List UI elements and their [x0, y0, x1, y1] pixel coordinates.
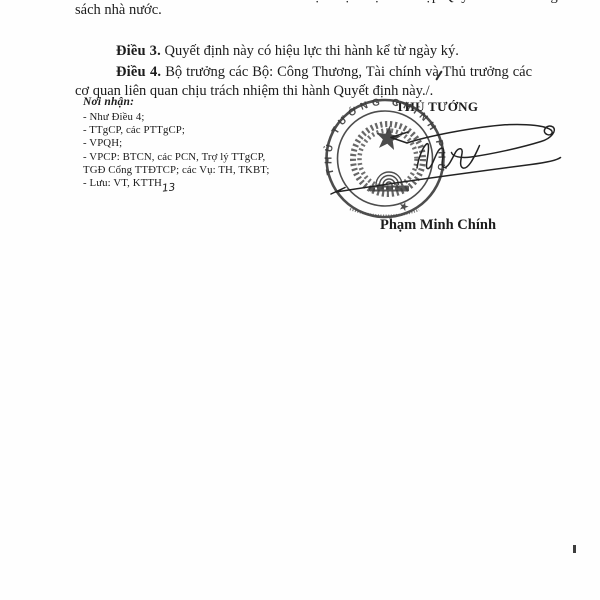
article-3-label: Điều 3. [116, 43, 161, 59]
recipient-item: - TTgCP, các PTTgCP; [83, 124, 333, 137]
recipients-block: Nơi nhận: - Như Điều 4; - TTgCP, các PTT… [83, 96, 333, 190]
recipient-item: - Như Điều 4; [83, 111, 333, 124]
handwritten-signature [315, 118, 587, 220]
recipient-item: - VPQH; [83, 137, 333, 150]
handwritten-unit-number: 13 [161, 181, 176, 194]
scanned-document-page: triển khai thực hiện việc thiết lập Quỹ … [0, 0, 600, 600]
top-paragraph-tail: sách nhà nước. [75, 1, 162, 19]
article-3-text: Quyết định này có hiệu lực thi hành kể t… [165, 43, 459, 59]
article-3: Điều 3. Quyết định này có hiệu lực thi h… [75, 42, 532, 62]
signature-top-loop [391, 124, 554, 157]
recipients-heading: Nơi nhận: [83, 96, 333, 108]
scan-artifact-mark [573, 545, 576, 553]
recipient-item: - VPCP: BTCN, các PCN, Trợ lý TTgCP, [83, 151, 333, 164]
recipient-item: TGĐ Cổng TTĐTCP; các Vụ: TH, TKBT; [83, 164, 333, 177]
article-4-label: Điều 4. [116, 64, 161, 80]
signer-name: Phạm Minh Chính [368, 217, 508, 234]
signature-baseline-stroke [331, 158, 561, 195]
recipient-item: - Lưu: VT, KTTH [83, 177, 333, 190]
signature-squiggle [417, 144, 480, 169]
